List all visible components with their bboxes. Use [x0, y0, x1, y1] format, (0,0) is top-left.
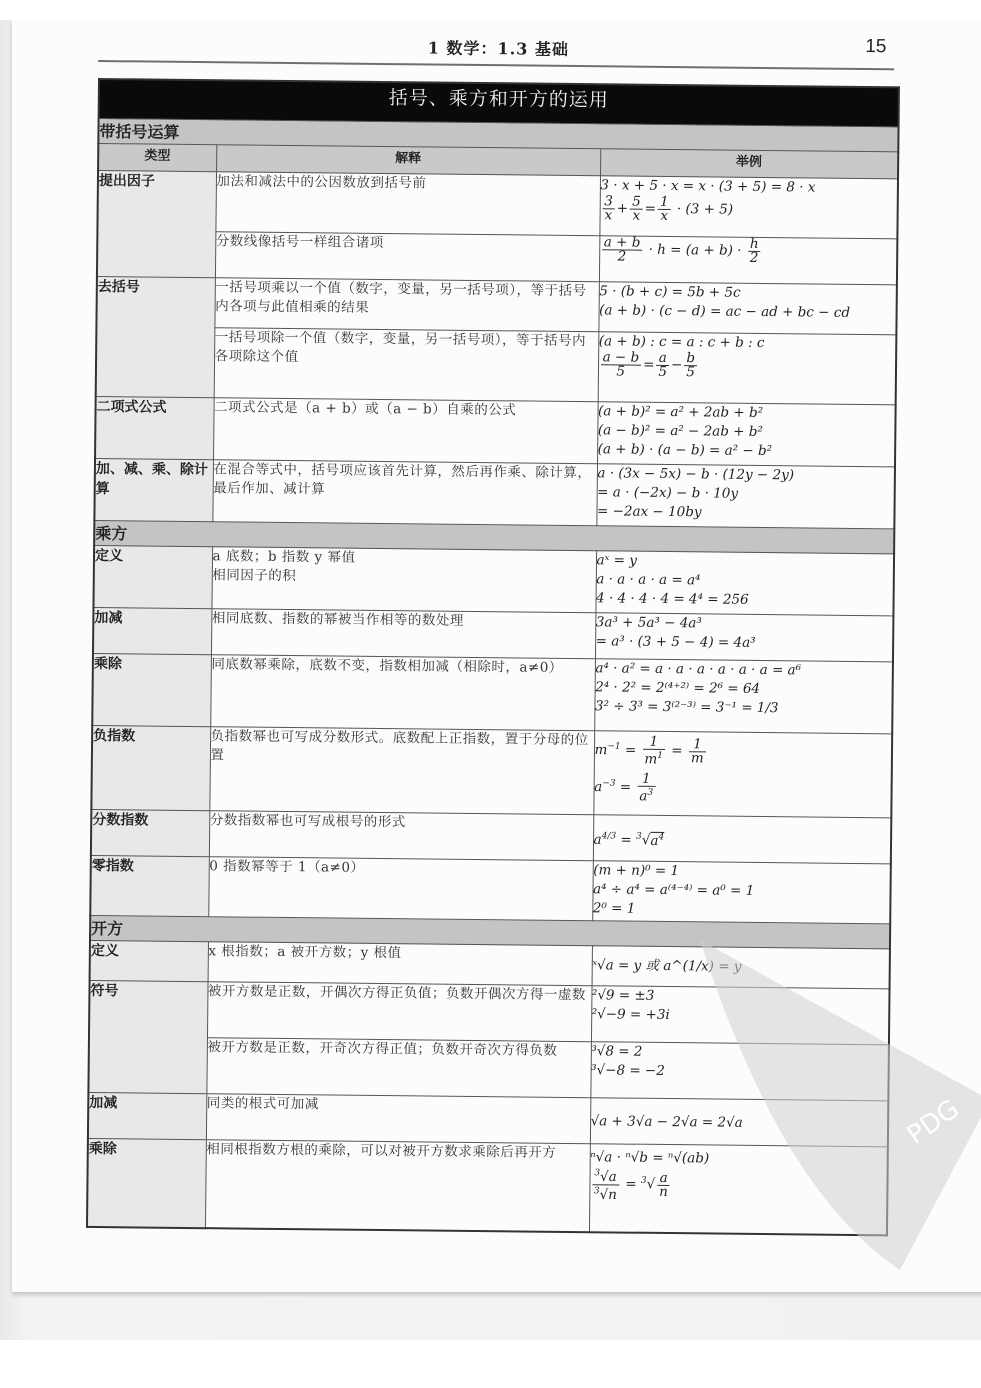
column-header-type: 类型 [98, 144, 216, 172]
row-example: ³√8 = 2 ³√−8 = −2 [590, 1042, 889, 1101]
row-type: 符号 [88, 980, 207, 1093]
row-explanation: 相同底数、指数的幂被当作相等的数处理 [211, 609, 595, 659]
row-example: a + b2 · h = (a + b) · h2 [599, 236, 897, 285]
row-explanation: 同底数幂乘除，底数不变，指数相加减（相除时，a≠0） [210, 655, 595, 731]
row-explanation: 一括号项除一个值（数字，变量，另一括号项），等于括号内各项除这个值 [214, 328, 599, 402]
row-explanation: 分数线像括号一样组合诸项 [215, 232, 599, 282]
row-type: 去括号 [96, 276, 215, 397]
row-explanation: 负指数幂也可写成分数形式。底数配上正指数，置于分母的位置 [209, 727, 594, 815]
row-example: (a + b)² = a² + 2ab + b² (a − b)² = a² −… [597, 402, 896, 467]
row-explanation: a 底数；b 指数 y 幂值 相同因子的积 [211, 547, 596, 613]
table-row: 零指数 0 指数幂等于 1（a≠0） (m + n)⁰ = 1 a⁴ ÷ a⁴ … [90, 855, 891, 923]
row-type: 定义 [93, 545, 212, 608]
row-explanation: 同类的根式可加减 [206, 1094, 590, 1144]
row-type: 零指数 [90, 855, 209, 916]
table-row: 加减 同类的根式可加减 √a + 3√a − 2√a = 2√a [88, 1092, 888, 1146]
row-type: 负指数 [91, 725, 210, 810]
scan-margin [0, 1340, 981, 1388]
table-row: 一括号项除一个值（数字，变量，另一括号项），等于括号内各项除这个值 (a + b… [96, 326, 897, 404]
row-example: 3 · x + 5 · x = x · (3 + 5) = 8 · x 3x+5… [599, 176, 898, 239]
table-row: 分数指数 分数指数幂也可写成根号的形式 a4/3 = 3√a4 [91, 809, 891, 863]
chapter-title: 1 数学：1.3 基础 [98, 32, 898, 63]
table-row: 负指数 负指数幂也可写成分数形式。底数配上正指数，置于分母的位置 m−1 = 1… [91, 725, 892, 817]
row-example: a⁴ · a² = a · a · a · a · a · a = a⁶ 2⁴ … [594, 659, 893, 734]
row-type: 乘除 [92, 653, 211, 726]
row-type: 加减 [88, 1092, 206, 1139]
reference-table: 括号、乘方和开方的运用 带括号运算 类型 解释 举例 提出因子 加法和减法中的公… [86, 78, 900, 1236]
table-row: 加、减、乘、除计算 在混合等式中，括号项应该首先计算，然后再作乘、除计算，最后作… [94, 458, 895, 528]
column-header-example: 举例 [600, 149, 898, 179]
table-row: 被开方数是正数，开奇次方得正值；负数开奇次方得负数 ³√8 = 2 ³√−8 =… [88, 1036, 889, 1100]
row-example: a · (3x − 5x) − b · (12y − 2y) = a · (−2… [596, 464, 895, 529]
table-row: 去括号 一括号项乘以一个值（数字，变量，另一括号项），等于括号内各项与此值相乘的… [96, 276, 896, 334]
table-row: 二项式公式 二项式公式是（a + b）或（a − b）自乘的公式 (a + b)… [95, 396, 896, 466]
row-explanation: 相同根指数方根的乘除，可以对被开方数求乘除后再开方 [205, 1140, 590, 1232]
row-example: 3a³ + 5a³ − 4a³ = a³ · (3 + 5 − 4) = 4a³ [595, 613, 893, 662]
row-example: 5 · (b + c) = 5b + 5c (a + b) · (c − d) … [598, 282, 897, 335]
row-type: 加、减、乘、除计算 [94, 458, 213, 521]
row-explanation: 被开方数是正数，开偶次方得正负值；负数开偶次方得一虚数 [207, 982, 592, 1042]
row-explanation: x 根指数；a 被开方数；y 根值 [208, 942, 592, 986]
table-row: 乘除 同底数幂乘除，底数不变，指数相加减（相除时，a≠0） a⁴ · a² = … [92, 653, 893, 733]
row-explanation: 一括号项乘以一个值（数字，变量，另一括号项），等于括号内各项与此值相乘的结果 [214, 278, 599, 332]
row-type: 定义 [90, 940, 208, 981]
row-type: 二项式公式 [95, 396, 214, 459]
page-number: 15 [865, 36, 886, 58]
row-example: aˣ = y a · a · a · a = a⁴ 4 · 4 · 4 · 4 … [595, 551, 894, 616]
row-type: 乘除 [87, 1138, 206, 1227]
row-example: ˣ√a = y 或 a^(1/x) = y [592, 946, 890, 989]
row-example: (m + n)⁰ = 1 a⁴ ÷ a⁴ = a⁽⁴⁻⁴⁾ = a⁰ = 1 2… [592, 861, 891, 924]
row-type: 加减 [93, 607, 211, 654]
row-example: ⁿ√a · ⁿ√b = ⁿ√(ab) 3√a3√n = 3√an [589, 1144, 888, 1235]
row-explanation: 分数指数幂也可写成根号的形式 [209, 811, 593, 861]
row-type: 分数指数 [91, 809, 209, 856]
row-explanation: 加法和减法中的公因数放到括号前 [215, 172, 600, 236]
row-example: a4/3 = 3√a4 [593, 815, 891, 864]
row-example: m−1 = 1m1 = 1m a−3 = 1a3 [593, 731, 892, 818]
table-row: 提出因子 加法和减法中的公因数放到括号前 3 · x + 5 · x = x ·… [97, 171, 898, 239]
table-row: 乘除 相同根指数方根的乘除，可以对被开方数求乘除后再开方 ⁿ√a · ⁿ√b =… [87, 1138, 888, 1234]
row-explanation: 二项式公式是（a + b）或（a − b）自乘的公式 [213, 398, 598, 464]
table-row: 定义 a 底数；b 指数 y 幂值 相同因子的积 aˣ = y a · a · … [93, 545, 894, 615]
row-type: 提出因子 [97, 171, 216, 278]
table-row: 符号 被开方数是正数，开偶次方得正负值；负数开偶次方得一虚数 ²√9 = ±3 … [89, 980, 890, 1044]
table-row: 分数线像括号一样组合诸项 a + b2 · h = (a + b) · h2 [97, 231, 897, 285]
row-example: ²√9 = ±3 ²√−9 = +3i [591, 986, 890, 1045]
row-explanation: 0 指数幂等于 1（a≠0） [208, 857, 593, 921]
row-example: √a + 3√a − 2√a = 2√a [590, 1098, 888, 1147]
row-explanation: 在混合等式中，括号项应该首先计算，然后再作乘、除计算，最后作加、减计算 [212, 460, 597, 526]
row-explanation: 被开方数是正数，开奇次方得正值；负数开奇次方得负数 [206, 1038, 591, 1098]
table-row: 加减 相同底数、指数的幂被当作相等的数处理 3a³ + 5a³ − 4a³ = … [93, 607, 893, 661]
row-example: (a + b) : c = a : c + b : c a − b5=a5−b5 [598, 332, 897, 405]
page-content: 1 数学：1.3 基础 15 括号、乘方和开方的运用 带括号运算 类型 解释 举… [0, 0, 981, 1309]
column-header-explanation: 解释 [216, 145, 600, 176]
